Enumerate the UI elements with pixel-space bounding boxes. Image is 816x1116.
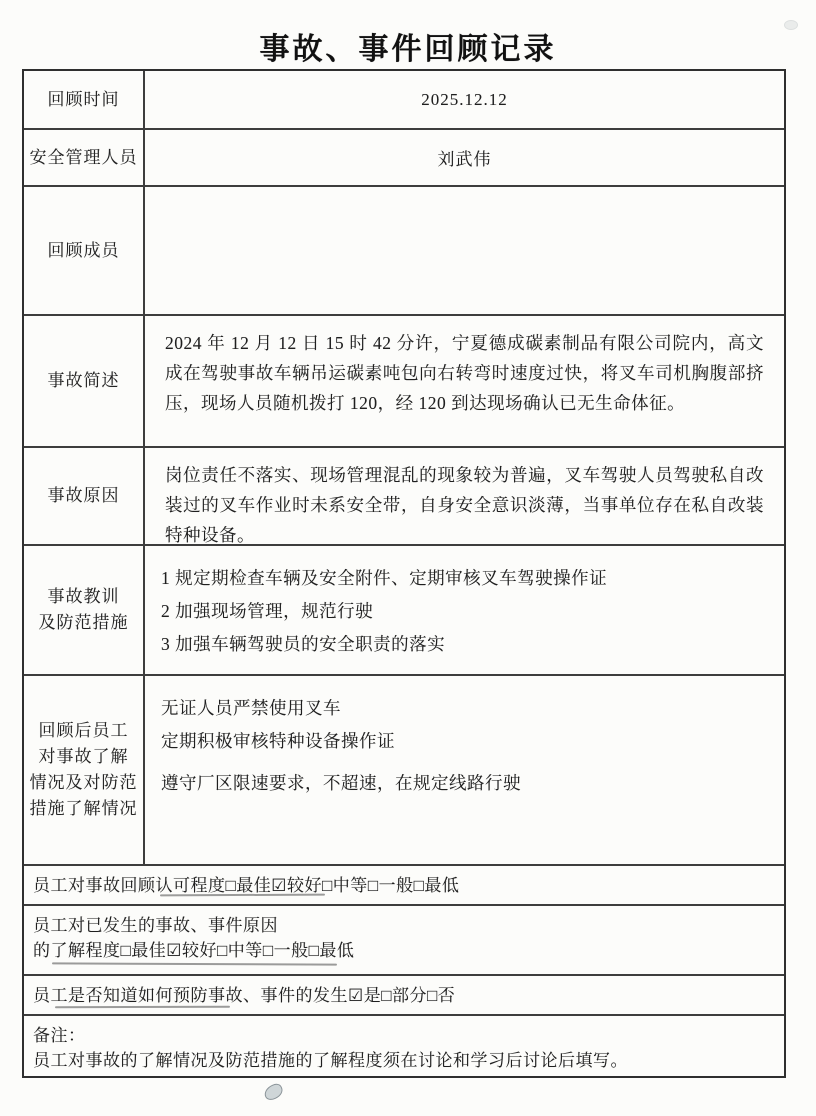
lessons-label-line: 及防范措施 — [39, 610, 129, 636]
page-title: 事故、事件回顾记录 — [0, 24, 816, 68]
accident-summary-value: 2024 年 12 月 12 日 15 时 42 分许，宁夏德成碳素制品有限公司… — [145, 316, 784, 446]
row-review-members: 回顾成员 — [24, 187, 784, 316]
review-members-label: 回顾成员 — [24, 187, 145, 314]
row-safety-manager: 安全管理人员 刘武伟 — [24, 130, 784, 187]
review-record-table: 回顾时间 2025.12.12 安全管理人员 刘武伟 回顾成员 事故简述 202… — [22, 69, 786, 1078]
lessons-measures-label: 事故教训 及防范措施 — [24, 546, 145, 674]
lesson-item: 2 加强现场管理，规范行驶 — [161, 595, 768, 628]
row-lessons-measures: 事故教训 及防范措施 1 规定期检查车辆及安全附件、定期审核叉车驾驶操作证 2 … — [24, 546, 784, 676]
assessment-understanding-line1: 员工对已发生的事故、事件原因 — [33, 913, 775, 938]
checkbox-option-good-checked: ☑较好 — [166, 941, 217, 960]
assessment-recognition: 员工对事故回顾认可程度□最佳☑较好□中等□一般□最低 — [24, 866, 784, 904]
checkbox-option-best: □最佳 — [226, 876, 272, 895]
assessment-prevention-text: 员工是否知道如何预防事故、事件的发生 — [33, 986, 348, 1005]
row-assessment-prevention: 员工是否知道如何预防事故、事件的发生☑是□部分□否 — [24, 976, 784, 1016]
checkbox-option-fair: □一般 — [368, 876, 414, 895]
assessment-understanding-line2: 的了解程度□最佳☑较好□中等□一般□最低 — [33, 938, 775, 963]
checkbox-option-good-checked: ☑较好 — [271, 876, 322, 895]
review-time-label: 回顾时间 — [24, 71, 145, 128]
scanned-form-page: 事故、事件回顾记录 回顾时间 2025.12.12 安全管理人员 刘武伟 回顾成… — [0, 0, 816, 1116]
row-assessment-recognition: 员工对事故回顾认可程度□最佳☑较好□中等□一般□最低 — [24, 866, 784, 906]
checkbox-option-low: □最低 — [414, 876, 460, 895]
post-review-value: 无证人员严禁使用叉车 定期积极审核特种设备操作证 遵守厂区限速要求，不超速，在规… — [145, 676, 784, 864]
safety-manager-value: 刘武伟 — [145, 130, 784, 185]
lesson-item: 3 加强车辆驾驶员的安全职责的落实 — [161, 628, 768, 661]
row-accident-summary: 事故简述 2024 年 12 月 12 日 15 时 42 分许，宁夏德成碳素制… — [24, 316, 784, 448]
checkbox-option-yes-checked: ☑是 — [348, 986, 381, 1005]
lesson-item: 1 规定期检查车辆及安全附件、定期审核叉车驾驶操作证 — [161, 562, 768, 595]
accident-cause-value: 岗位责任不落实、现场管理混乱的现象较为普遍，叉车驾驶人员驾驶私自改装过的叉车作业… — [145, 448, 784, 544]
assessment-recognition-text: 员工对事故回顾认可程度 — [33, 876, 226, 895]
post-review-label-line: 回顾后员工 — [39, 718, 129, 744]
remark-cell: 备注： 员工对事故的了解情况及防范措施的了解程度须在讨论和学习后讨论后填写。 — [24, 1016, 784, 1076]
review-time-value: 2025.12.12 — [145, 71, 784, 128]
row-post-review-understanding: 回顾后员工 对事故了解 情况及对防范 措施了解情况 无证人员严禁使用叉车 定期积… — [24, 676, 784, 866]
row-review-time: 回顾时间 2025.12.12 — [24, 71, 784, 130]
checkbox-option-fair: □一般 — [263, 941, 309, 960]
post-review-label: 回顾后员工 对事故了解 情况及对防范 措施了解情况 — [24, 676, 145, 864]
checkbox-option-medium: □中等 — [322, 876, 368, 895]
checkbox-option-partial: □部分 — [381, 986, 427, 1005]
post-review-label-line: 对事故了解 — [39, 744, 129, 770]
checkbox-option-best: □最佳 — [121, 941, 167, 960]
checkbox-option-low: □最低 — [309, 941, 355, 960]
accident-cause-label: 事故原因 — [24, 448, 145, 544]
post-review-item: 无证人员严禁使用叉车 — [161, 692, 768, 725]
safety-manager-label: 安全管理人员 — [24, 130, 145, 185]
assessment-understanding-text: 的了解程度 — [33, 941, 121, 960]
remark-text: 员工对事故的了解情况及防范措施的了解程度须在讨论和学习后讨论后填写。 — [33, 1048, 775, 1073]
post-review-label-line: 措施了解情况 — [30, 796, 138, 822]
accident-summary-label: 事故简述 — [24, 316, 145, 446]
remark-label: 备注： — [33, 1023, 775, 1048]
post-review-item: 定期积极审核特种设备操作证 — [161, 725, 768, 758]
checkbox-option-no: □否 — [427, 986, 455, 1005]
row-accident-cause: 事故原因 岗位责任不落实、现场管理混乱的现象较为普遍，叉车驾驶人员驾驶私自改装过… — [24, 448, 784, 546]
scan-artifact — [784, 20, 798, 30]
post-review-item: 遵守厂区限速要求，不超速，在规定线路行驶 — [161, 767, 768, 800]
ink-smudge — [262, 1082, 285, 1103]
assessment-prevention: 员工是否知道如何预防事故、事件的发生☑是□部分□否 — [24, 976, 784, 1014]
lessons-label-line: 事故教训 — [48, 584, 120, 610]
lessons-measures-value: 1 规定期检查车辆及安全附件、定期审核叉车驾驶操作证 2 加强现场管理，规范行驶… — [145, 546, 784, 674]
row-remark: 备注： 员工对事故的了解情况及防范措施的了解程度须在讨论和学习后讨论后填写。 — [24, 1016, 784, 1076]
post-review-label-line: 情况及对防范 — [30, 770, 138, 796]
review-members-value — [145, 187, 784, 314]
checkbox-option-medium: □中等 — [217, 941, 263, 960]
row-assessment-understanding: 员工对已发生的事故、事件原因 的了解程度□最佳☑较好□中等□一般□最低 — [24, 906, 784, 976]
